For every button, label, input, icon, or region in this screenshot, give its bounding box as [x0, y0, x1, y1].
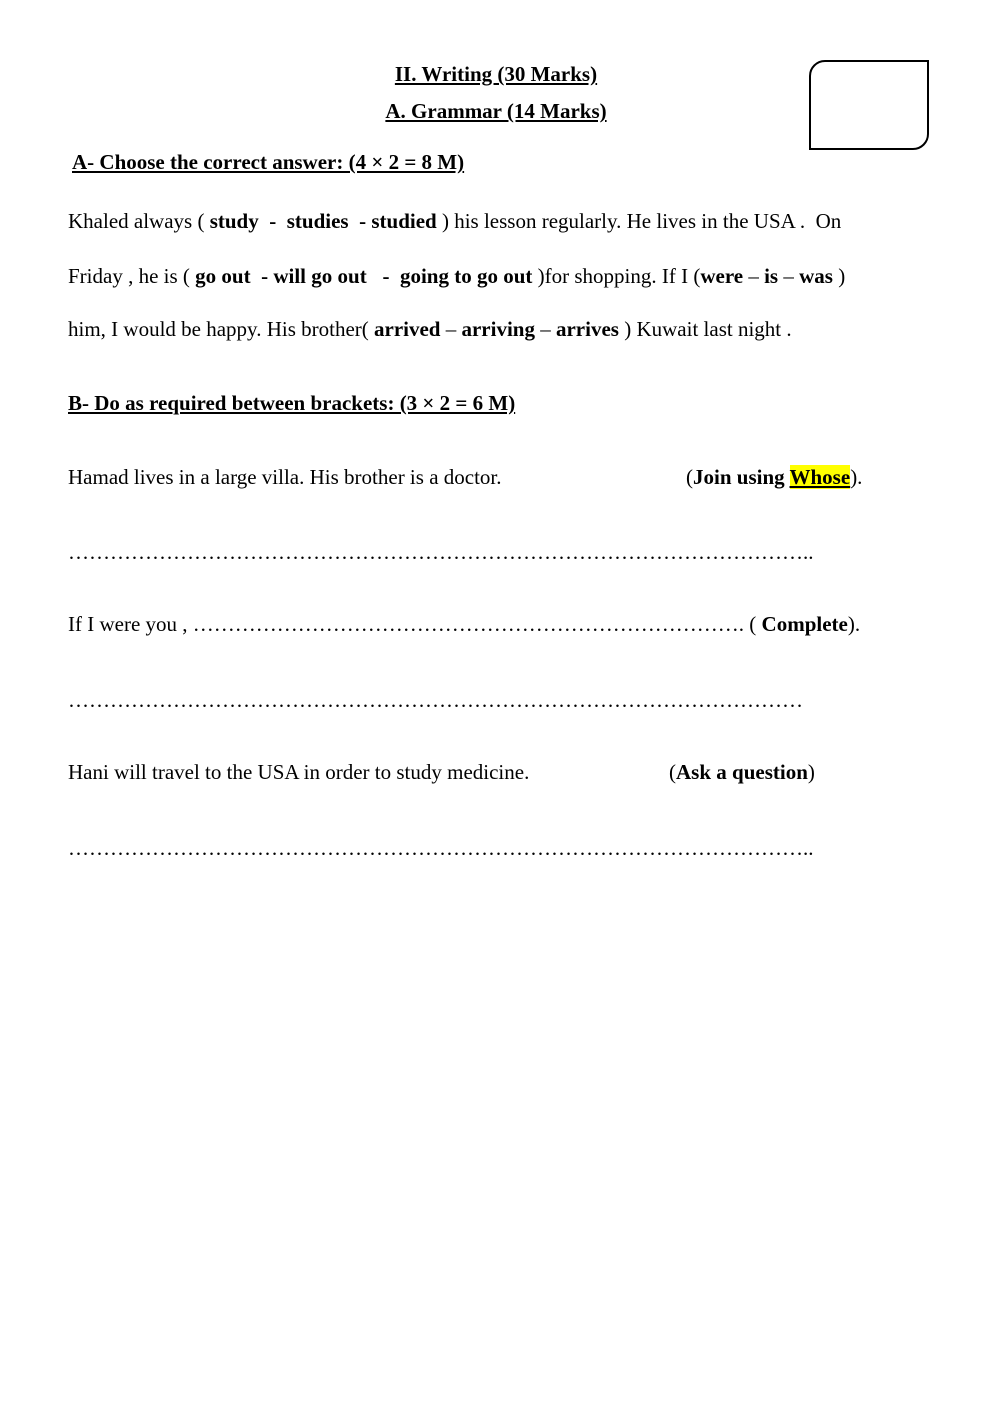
question-1-instruction: (Join using Whose).	[686, 465, 862, 489]
sentence-start: If I were you ,	[68, 612, 193, 636]
part-a-heading: A- Choose the correct answer: (4 × 2 = 8…	[72, 150, 464, 174]
answer-line-3[interactable]: ……………………………………………………………………………………………..	[68, 836, 876, 860]
option-will-go-out: will go out	[273, 264, 366, 288]
text: Friday , he is (	[68, 264, 195, 288]
bracket: (	[744, 612, 762, 636]
bracket: ).	[848, 612, 860, 636]
option-studied: studied	[371, 209, 436, 233]
separator: -	[349, 209, 372, 233]
option-arriving: arriving	[461, 317, 535, 341]
instruction-text: Join using	[693, 465, 790, 489]
option-arrived: arrived	[374, 317, 440, 341]
bracket: (	[669, 760, 676, 784]
text: Khaled always (	[68, 209, 210, 233]
part-a-line-3: him, I would be happy. His brother( arri…	[68, 317, 792, 341]
question-2-sentence: If I were you , …………………………………………………………………	[68, 612, 860, 636]
bracket: ).	[850, 465, 862, 489]
option-going-to-go-out: going to go out	[400, 264, 532, 288]
text: )	[833, 264, 845, 288]
part-b-heading: B- Do as required between brackets: (3 ×…	[68, 391, 515, 415]
separator: -	[367, 264, 400, 288]
question-3-sentence: Hani will travel to the USA in order to …	[68, 760, 529, 784]
separator: –	[743, 264, 764, 288]
inline-blank[interactable]: …………………………………………………………………….	[193, 612, 744, 636]
bracket: (	[686, 465, 693, 489]
option-go-out: go out	[195, 264, 250, 288]
option-studies: studies	[287, 209, 349, 233]
question-3-instruction: (Ask a question)	[669, 760, 815, 784]
text: him, I would be happy. His brother(	[68, 317, 374, 341]
highlighted-keyword: Whose	[790, 465, 851, 489]
option-arrives: arrives	[556, 317, 619, 341]
exam-page: II. Writing (30 Marks) A. Grammar (14 Ma…	[0, 0, 992, 1403]
answer-line-1[interactable]: ……………………………………………………………………………………………..	[68, 540, 898, 564]
instruction-text: Ask a question	[676, 760, 808, 784]
answer-line-2[interactable]: ……………………………………………………………………………………………	[68, 688, 884, 712]
option-study: study	[210, 209, 259, 233]
separator: -	[259, 209, 287, 233]
text: )for shopping. If I (	[532, 264, 700, 288]
option-was: was	[799, 264, 833, 288]
part-a-line-1: Khaled always ( study - studies - studie…	[68, 209, 841, 233]
text: ) Kuwait last night .	[619, 317, 792, 341]
separator: -	[251, 264, 274, 288]
option-is: is	[764, 264, 778, 288]
part-a-line-2: Friday , he is ( go out - will go out - …	[68, 264, 845, 288]
score-box-icon	[809, 60, 929, 150]
separator: –	[440, 317, 461, 341]
question-1-sentence: Hamad lives in a large villa. His brothe…	[68, 465, 502, 489]
text: ) his lesson regularly. He lives in the …	[437, 209, 842, 233]
instruction-text: Complete	[762, 612, 848, 636]
option-were: were	[700, 264, 743, 288]
separator: –	[778, 264, 799, 288]
separator: –	[535, 317, 556, 341]
bracket: )	[808, 760, 815, 784]
